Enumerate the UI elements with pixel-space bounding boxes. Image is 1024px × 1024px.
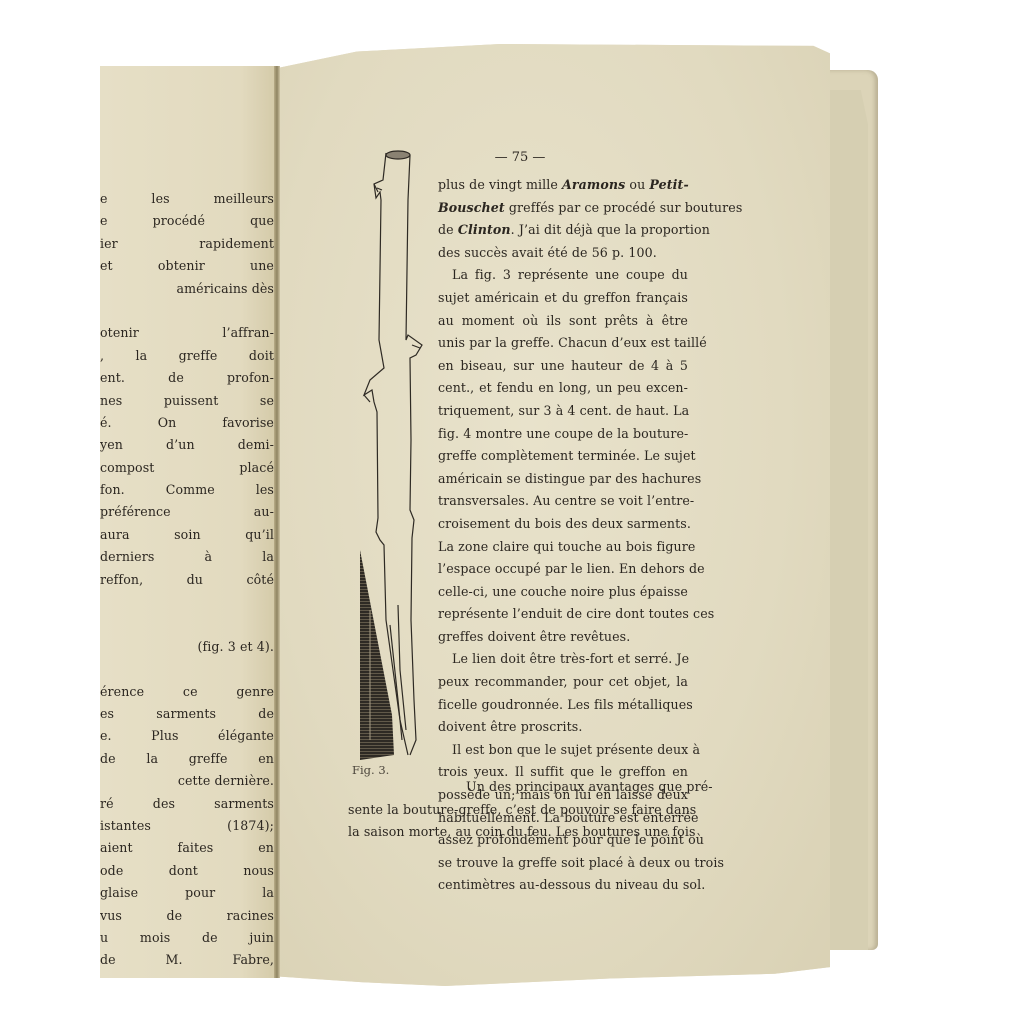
text-line: Il est bon que le sujet présente deux à [438,739,688,762]
text-span: Aramons [562,177,625,192]
right-page-full-width-text: Un des principaux avantages que pré- sen… [348,776,688,844]
text-line: ier rapidement [100,233,276,255]
text-span: croisement du bois des deux sarments. [438,516,691,531]
text-span: des succès avait été de 56 p. 100. [438,245,657,260]
text-line: (fig. 3 et 4). [100,636,276,658]
text-line: ode dont nous [100,860,276,882]
text-span: La fig. 3 représente une coupe du [452,267,688,282]
text-span: celle-ci, une couche noire plus épaisse [438,584,688,599]
text-span: se trouve la greffe soit placé à deux ou… [438,855,724,870]
text-line: centimètres au-dessous du niveau du sol. [438,874,688,897]
text-line: américain se distingue par des hachures [438,468,688,491]
text-line: otenir l’affran- [100,322,276,344]
text-line: fon. Comme les [100,479,276,501]
text-span: en biseau, sur une hauteur de 4 à 5 [438,358,688,373]
text-span: l’espace occupé par le lien. En dehors d… [438,561,705,576]
text-span: La zone claire qui touche au bois figure [438,539,695,554]
text-line: préférence au- [100,501,276,523]
text-line: croisement du bois des deux sarments. [438,513,688,536]
text-line: sujet américain et du greffon français [438,287,688,310]
text-line: nes puissent se [100,390,276,412]
text-span: Il est bon que le sujet présente deux à [452,742,700,757]
text-span: fig. 4 montre une coupe de la bouture- [438,426,688,441]
text-line: es sarments de [100,703,276,725]
text-line: greffe complètement terminée. Le sujet [438,445,688,468]
text-line: istantes (1874); [100,815,276,837]
text-line: plus de vingt mille Aramons ou Petit- [438,174,688,197]
text-span: triquement, sur 3 à 4 cent. de haut. La [438,403,689,418]
text-span: Bouschet [438,200,505,215]
text-line: peux recommander, pour cet objet, la [438,671,688,694]
text-line: celle-ci, une couche noire plus épaisse [438,581,688,604]
text-line [100,658,276,680]
text-span: américain se distingue par des hachures [438,471,701,486]
text-line: ficelle goudronnée. Les fils métalliques [438,694,688,717]
text-span: peux recommander, pour cet objet, la [438,674,688,689]
text-line: de M. Fabre, [100,949,276,971]
text-span: unis par la greffe. Chacun d’eux est tai… [438,335,707,350]
text-line: érence ce genre [100,681,276,703]
page-number: — 75 — [480,150,560,165]
text-span: Petit- [649,177,688,192]
text-line [100,300,276,322]
text-line: au moment où ils sont prêts à être [438,310,688,333]
text-line: ent. de profon- [100,367,276,389]
text-line: représente l’enduit de cire dont toutes … [438,603,688,626]
text-line: Le lien doit être très-fort et serré. Je [438,648,688,671]
text-line: en biseau, sur une hauteur de 4 à 5 [438,355,688,378]
text-span: doivent être proscrits. [438,719,582,734]
text-span: greffés par ce procédé sur boutures [505,200,743,215]
text-line: Un des principaux avantages que pré- [348,776,688,799]
text-line: ré des sarments [100,793,276,815]
text-span: greffes doivent être revêtues. [438,629,630,644]
text-line: cette dernière. [100,770,276,792]
text-line: e les meilleurs [100,188,276,210]
text-span: plus de vingt mille [438,177,562,192]
text-line: derniers à la [100,546,276,568]
text-line: Bouschet greffés par ce procédé sur bout… [438,197,688,220]
text-line: se trouve la greffe soit placé à deux ou… [438,852,688,875]
text-span: greffe complètement terminée. Le sujet [438,448,696,463]
text-line: La zone claire qui touche au bois figure [438,536,688,559]
text-line: de la greffe en [100,748,276,770]
text-line: la saison morte, au coin du feu. Les bou… [348,821,688,844]
grafted-cutting-illustration [340,140,440,770]
text-line: e procédé que [100,210,276,232]
text-line: transversales. Au centre se voit l’entre… [438,490,688,513]
text-line: e. Plus élégante [100,725,276,747]
text-span: au moment où ils sont prêts à être [438,313,688,328]
text-line: aient faites en [100,837,276,859]
text-line: u mois de juin [100,927,276,949]
text-span: sujet américain et du greffon français [438,290,688,305]
text-line: des succès avait été de 56 p. 100. [438,242,688,265]
text-line: unis par la greffe. Chacun d’eux est tai… [438,332,688,355]
text-line: é. On favorise [100,412,276,434]
text-line: compost placé [100,457,276,479]
text-line: doivent être proscrits. [438,716,688,739]
text-span: . J’ai dit déjà que la proportion [511,222,710,237]
text-line: cent., et fendu en long, un peu excen- [438,377,688,400]
text-line: fig. 4 montre une coupe de la bouture- [438,423,688,446]
text-line: aura soin qu’il [100,524,276,546]
text-line: yen d’un demi- [100,434,276,456]
text-span: Clinton [458,222,511,237]
text-line: La fig. 3 représente une coupe du [438,264,688,287]
text-line: sente la bouture-greffe, c’est de pouvoi… [348,799,688,822]
text-line [100,613,276,635]
text-span: Le lien doit être très-fort et serré. Je [452,651,689,666]
text-span: transversales. Au centre se voit l’entre… [438,493,694,508]
text-line: reffon, du côté [100,569,276,591]
figure-caption: Fig. 3. [352,763,389,777]
text-line: , la greffe doit [100,345,276,367]
text-line: l’espace occupé par le lien. En dehors d… [438,558,688,581]
text-line: américains dès [100,278,276,300]
text-span: cent., et fendu en long, un peu excen- [438,380,688,395]
text-line: et obtenir une [100,255,276,277]
text-line: glaise pour la [100,882,276,904]
text-span: ficelle goudronnée. Les fils métalliques [438,697,693,712]
text-span: représente l’enduit de cire dont toutes … [438,606,714,621]
text-span: centimètres au-dessous du niveau du sol. [438,877,705,892]
text-line: greffes doivent être revêtues. [438,626,688,649]
text-span: ou [625,177,649,192]
text-span: de [438,222,458,237]
left-page-text: e les meilleurse procédé queier rapideme… [100,188,276,972]
text-line: de Clinton. J’ai dit déjà que la proport… [438,219,688,242]
text-line [100,591,276,613]
text-line: triquement, sur 3 à 4 cent. de haut. La [438,400,688,423]
text-line: vus de racines [100,905,276,927]
